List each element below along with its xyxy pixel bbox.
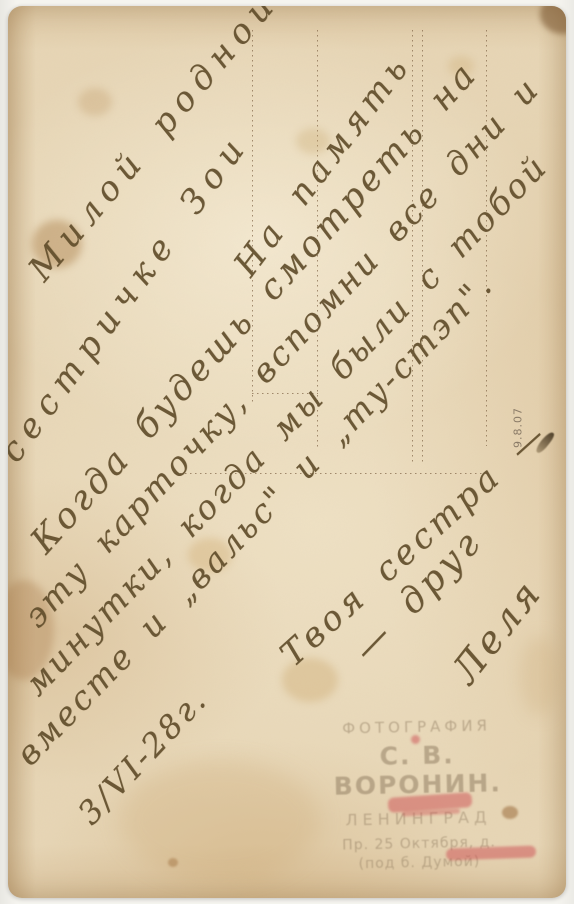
stain [78,88,112,116]
spot [168,858,178,867]
dotted-ruling-vertical-1 [252,30,253,403]
postcard-back: Милой родной сестричке Зои На память Ког… [8,6,566,898]
corner-stain [540,6,566,34]
dotted-ruling-vertical-3 [412,30,413,464]
handwritten-signature-name: Леля [443,570,551,691]
stamp-line-name: С. В. ВОРОНИН. [299,739,536,802]
aging-patch [120,760,320,880]
red-pencil-dot [411,735,420,744]
plate-code: 9.8.07 [512,402,525,454]
aging-patch [520,636,560,716]
